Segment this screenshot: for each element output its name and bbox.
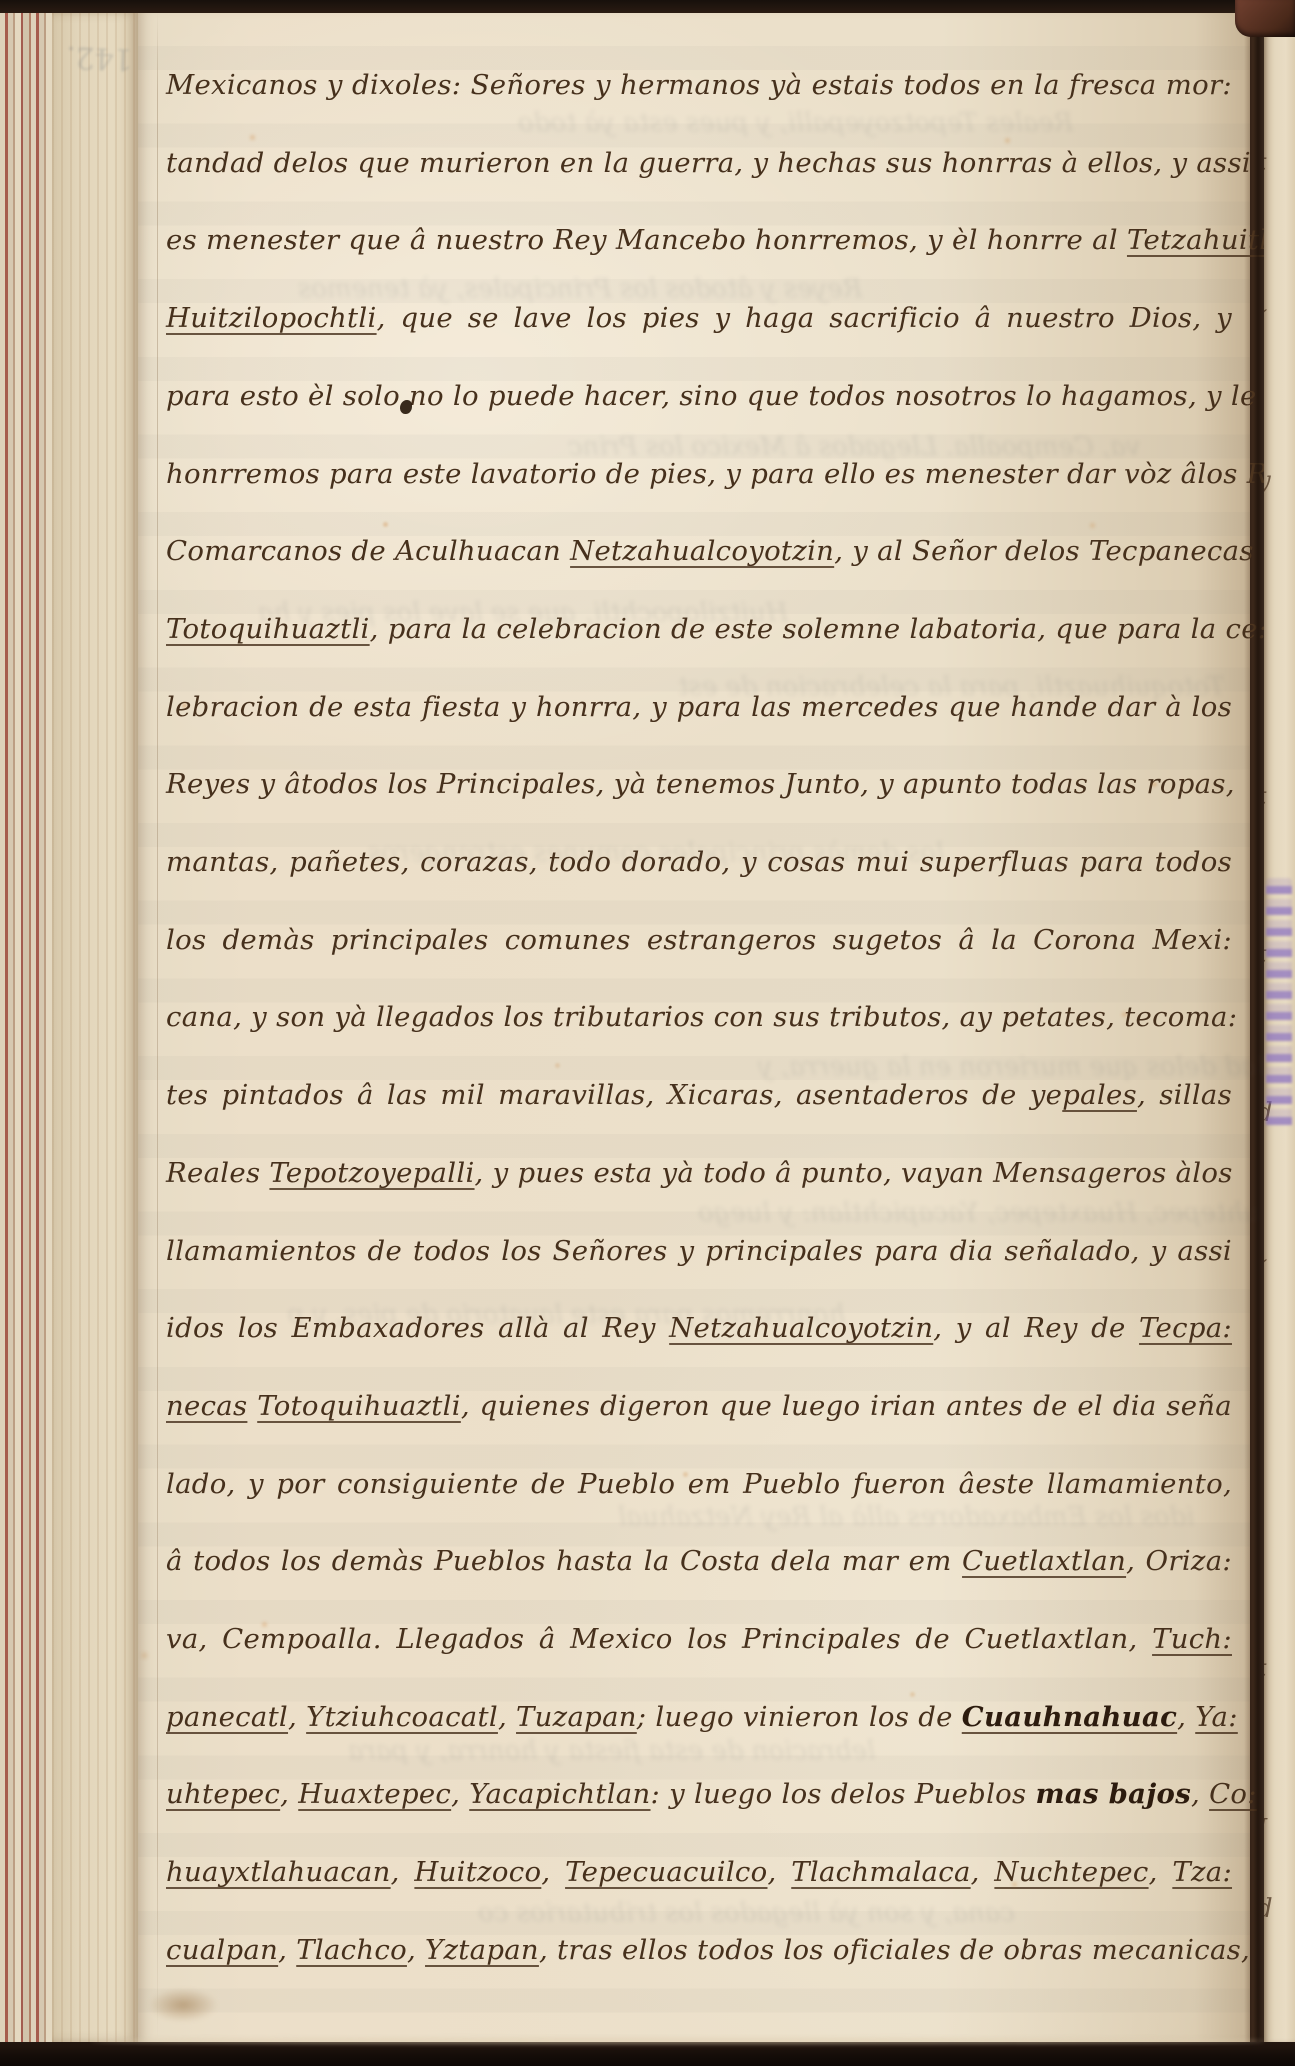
manuscript-line-9: lebracion de esta fiesta y honrra, y par… bbox=[166, 688, 1232, 744]
page-edge-stack bbox=[0, 12, 52, 2042]
manuscript-page: Reales Tepotzoyepalli, y pues esta yà to… bbox=[138, 12, 1250, 2042]
edge-fragment: l bbox=[1264, 1178, 1286, 1208]
underlined-name: Netzahualcoyotzin bbox=[669, 1312, 933, 1344]
underlined-name: Tepecuacuilco bbox=[565, 1856, 767, 1888]
binding-bottom bbox=[0, 2042, 1295, 2066]
text-segment: Reyes y âtodos los Principales, yà tenem… bbox=[166, 768, 1235, 800]
edge-fragment: i bbox=[1264, 624, 1286, 654]
underlined-name: Tza: bbox=[1172, 1856, 1232, 1888]
text-segment: , tras ellos todos los oficiales de obra… bbox=[539, 1934, 1250, 1966]
underlined-name: pales bbox=[1062, 1079, 1137, 1111]
text-segment: , y al Señor delos Tecpanecas bbox=[834, 535, 1254, 567]
text-segment: es menester que â nuestro Rey Mancebo ho… bbox=[166, 224, 1127, 256]
text-segment: , bbox=[280, 1778, 298, 1810]
manuscript-line-8: Totoquihuaztli, para la celebracion de e… bbox=[166, 610, 1232, 666]
manuscript-line-18: necas Totoquihuaztli, quienes digeron qu… bbox=[166, 1387, 1232, 1443]
text-segment: idos los Embaxadores allà al Rey bbox=[166, 1312, 669, 1344]
manuscript-line-4: Huitzilopochtli, que se lave los pies y … bbox=[166, 299, 1232, 355]
text-segment: llamamientos de todos los Señores y prin… bbox=[166, 1235, 1232, 1267]
edge-fragment: l bbox=[1264, 544, 1286, 574]
text-segment: los demàs principales comunes estrangero… bbox=[166, 924, 1232, 956]
edge-fragment: d bbox=[1264, 1894, 1286, 1924]
manuscript-line-15: Reales Tepotzoyepalli, y pues esta yà to… bbox=[166, 1154, 1232, 1210]
text-segment: , bbox=[278, 1934, 296, 1966]
edge-fragment: y bbox=[1264, 466, 1286, 496]
text-segment: , bbox=[768, 1856, 792, 1888]
book-photo: Reales Tepotzoyepalli, y pues esta yà to… bbox=[0, 0, 1295, 2066]
edge-fragment: ( bbox=[1264, 1256, 1286, 1286]
text-segment: , bbox=[1177, 1701, 1195, 1733]
text-segment: , bbox=[541, 1856, 565, 1888]
underlined-name: Tuzapan bbox=[516, 1701, 637, 1733]
edge-fragment: t bbox=[1264, 782, 1286, 812]
edge-fragment: t bbox=[1264, 148, 1286, 178]
underlined-name: Totoquihuaztli bbox=[257, 1390, 461, 1422]
text-segment: , bbox=[288, 1701, 306, 1733]
text-segment: mas bajos bbox=[1035, 1778, 1191, 1810]
manuscript-line-22: panecatl, Ytziuhcoacatl, Tuzapan; luego … bbox=[166, 1698, 1232, 1754]
edge-fragment: t bbox=[1264, 1654, 1286, 1684]
text-segment: , quienes digeron que luego irian antes … bbox=[461, 1390, 1232, 1422]
leather-corner bbox=[1235, 0, 1295, 37]
edge-fragment: l bbox=[1264, 1734, 1286, 1764]
text-segment: mantas, pañetes, corazas, todo dorado, y… bbox=[166, 846, 1232, 878]
binding-top bbox=[0, 0, 1295, 13]
underlined-name: Huaxtepec bbox=[298, 1778, 451, 1810]
manuscript-line-5: para esto èl solo no lo puede hacer, sin… bbox=[166, 377, 1232, 433]
text-segment: tes pintados â las mil maravillas, Xicar… bbox=[166, 1079, 1062, 1111]
manuscript-line-2: tandad delos que murieron en la guerra, … bbox=[166, 144, 1232, 200]
text-segment: â todos los demàs Pueblos hasta la Costa… bbox=[166, 1545, 962, 1577]
edge-fragment: J bbox=[1264, 1814, 1286, 1844]
underlined-name: Huitzilopochtli bbox=[166, 302, 377, 334]
text-segment: lebracion de esta fiesta y honrra, y par… bbox=[166, 691, 1232, 723]
underlined-name: Tepotzoyepalli bbox=[269, 1157, 474, 1189]
underlined-name: panecatl bbox=[166, 1701, 288, 1733]
underlined-name: Tuch: bbox=[1152, 1623, 1232, 1655]
edge-fragment: j bbox=[1264, 1496, 1286, 1526]
manuscript-line-6: honrremos para este lavatorio de pies, y… bbox=[166, 455, 1232, 511]
page-edge-stack-inner bbox=[52, 12, 138, 2042]
text-segment: , que se lave los pies y haga sacrificio… bbox=[377, 302, 1232, 334]
manuscript-line-3: es menester que â nuestro Rey Mancebo ho… bbox=[166, 221, 1232, 277]
underlined-name: Netzahualcoyotzin bbox=[570, 535, 834, 567]
text-segment: , bbox=[407, 1934, 425, 1966]
manuscript-line-13: cana, y son yà llegados los tributarios … bbox=[166, 998, 1232, 1054]
manuscript-line-19: lado, y por consiguiente de Pueblo em Pu… bbox=[166, 1465, 1232, 1521]
stain bbox=[148, 1988, 218, 2022]
manuscript-line-12: los demàs principales comunes estrangero… bbox=[166, 921, 1232, 977]
gutter-crease bbox=[1244, 12, 1264, 2042]
text-segment bbox=[247, 1390, 257, 1422]
underlined-name: Yacapichtlan bbox=[469, 1778, 650, 1810]
manuscript-line-10: Reyes y âtodos los Principales, yà tenem… bbox=[166, 765, 1232, 821]
text-segment: para esto èl solo no lo puede hacer, sin… bbox=[166, 380, 1257, 412]
text-segment: , bbox=[1191, 1778, 1209, 1810]
underlined-name: Ya: bbox=[1195, 1701, 1238, 1733]
underlined-name: necas bbox=[166, 1390, 247, 1422]
text-segment: ; luego vinieron los de bbox=[637, 1701, 962, 1733]
manuscript-line-25: cualpan, Tlachco, Yztapan, tras ellos to… bbox=[166, 1931, 1232, 1987]
underlined-name: Tlachco bbox=[296, 1934, 407, 1966]
text-segment: : y luego los delos Pueblos bbox=[651, 1778, 1036, 1810]
manuscript-line-24: huayxtlahuacan, Huitzoco, Tepecuacuilco,… bbox=[166, 1853, 1232, 1909]
text-segment: va, Cempoalla. Llegados â Mexico los Pri… bbox=[166, 1623, 1152, 1655]
manuscript-line-1: Mexicanos y dixoles: Señores y hermanos … bbox=[166, 66, 1232, 122]
manuscript-line-23: uhtepec, Huaxtepec, Yacapichtlan: y lueg… bbox=[166, 1775, 1232, 1831]
underlined-name: Yztapan bbox=[425, 1934, 539, 1966]
text-segment: , y al Rey de bbox=[933, 1312, 1139, 1344]
manuscript-line-7: Comarcanos de Aculhuacan Netzahualcoyotz… bbox=[166, 532, 1232, 588]
manuscript-line-21: va, Cempoalla. Llegados â Mexico los Pri… bbox=[166, 1620, 1232, 1676]
underlined-name: Cuetlaxtlan bbox=[962, 1545, 1126, 1577]
edge-fragment: j bbox=[1264, 226, 1286, 256]
text-segment: , bbox=[971, 1856, 995, 1888]
manuscript-line-11: mantas, pañetes, corazas, todo dorado, y… bbox=[166, 843, 1232, 899]
text-segment: tandad delos que murieron en la guerra, … bbox=[166, 147, 1251, 179]
text-segment: lado, y por consiguiente de Pueblo em Pu… bbox=[166, 1468, 1232, 1500]
text-segment: , para la celebracion de este solemne la… bbox=[370, 613, 1268, 645]
manuscript-line-14: tes pintados â las mil maravillas, Xicar… bbox=[166, 1076, 1232, 1132]
text-segment: , bbox=[1149, 1856, 1173, 1888]
underlined-name: Tecpa: bbox=[1139, 1312, 1232, 1344]
text-segment: honrremos para este lavatorio de pies, y… bbox=[166, 458, 1295, 490]
edge-fragment: ( bbox=[1264, 306, 1286, 336]
text-segment: , bbox=[451, 1778, 469, 1810]
text-segment: Reales bbox=[166, 1157, 269, 1189]
underlined-name: Huitzoco bbox=[414, 1856, 541, 1888]
purple-library-stamp bbox=[1266, 878, 1292, 1130]
underlined-name: huayxtlahuacan bbox=[166, 1856, 391, 1888]
manuscript-line-20: â todos los demàs Pueblos hasta la Costa… bbox=[166, 1542, 1232, 1598]
manuscript-line-17: idos los Embaxadores allà al Rey Netzahu… bbox=[166, 1309, 1232, 1365]
text-block: Mexicanos y dixoles: Señores y hermanos … bbox=[138, 12, 1250, 2042]
underlined-name: Cuauhnahuac bbox=[962, 1701, 1177, 1733]
text-segment: cana, y son yà llegados los tributarios … bbox=[166, 1001, 1237, 1033]
underlined-name: Tlachmalaca bbox=[791, 1856, 970, 1888]
edge-fragment: l bbox=[1264, 1416, 1286, 1446]
folio-ghost-number: 142. bbox=[65, 39, 133, 76]
manuscript-line-16: llamamientos de todos los Señores y prin… bbox=[166, 1232, 1232, 1288]
text-segment: Mexicanos y dixoles: Señores y hermanos … bbox=[166, 69, 1232, 101]
underlined-name: Totoquihuaztli bbox=[166, 613, 370, 645]
text-segment: , bbox=[498, 1701, 516, 1733]
underlined-name: Nuchtepec bbox=[994, 1856, 1148, 1888]
underlined-name: cualpan bbox=[166, 1934, 278, 1966]
text-segment: , bbox=[391, 1856, 415, 1888]
underlined-name: uhtepec bbox=[166, 1778, 280, 1810]
text-segment: Comarcanos de Aculhuacan bbox=[166, 535, 570, 567]
underlined-name: Ytziuhcoacatl bbox=[306, 1701, 498, 1733]
text-segment: , Oriza: bbox=[1126, 1545, 1232, 1577]
text-segment: , y pues esta yà todo â punto, vayan Men… bbox=[475, 1157, 1233, 1189]
text-segment: , sillas bbox=[1137, 1079, 1232, 1111]
